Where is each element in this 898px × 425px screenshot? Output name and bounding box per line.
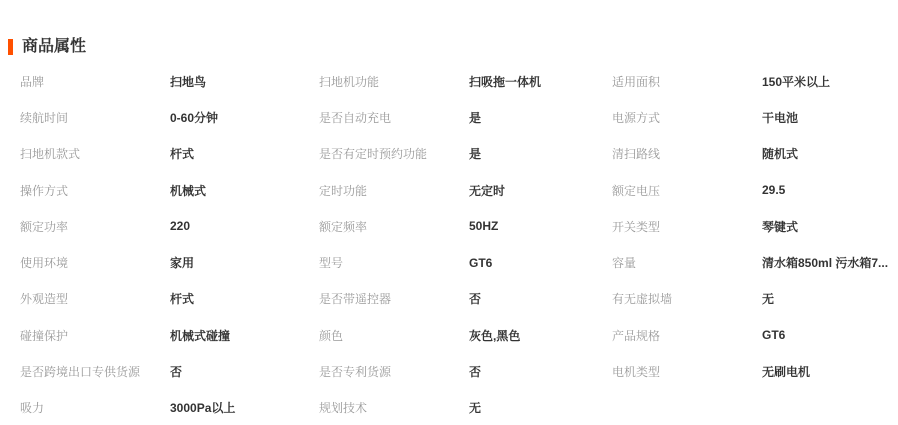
attribute-label: 吸力 — [20, 399, 170, 416]
attribute-cell: 电机类型 无刷电机 — [600, 353, 898, 389]
attribute-value: 否 — [469, 363, 600, 380]
accent-bar-icon — [8, 39, 13, 55]
attribute-value: 家用 — [170, 254, 307, 271]
attribute-cell: 规划技术 无 — [307, 390, 600, 425]
attribute-label: 是否有定时预约功能 — [319, 145, 469, 162]
attribute-cell: 额定电压 29.5 — [600, 172, 898, 208]
attribute-label: 扫地机款式 — [20, 145, 170, 162]
attribute-value: 无定时 — [469, 182, 600, 199]
attribute-cell: 吸力 3000Pa以上 — [8, 390, 307, 425]
attribute-value: 干电池 — [762, 109, 898, 126]
attribute-cell: 是否专利货源 否 — [307, 353, 600, 389]
attribute-label: 使用环境 — [20, 254, 170, 271]
attribute-value: 扫地鸟 — [170, 73, 307, 90]
attribute-label: 续航时间 — [20, 109, 170, 126]
attribute-cell: 操作方式 机械式 — [8, 172, 307, 208]
attribute-cell: 额定功率 220 — [8, 208, 307, 244]
attribute-cell: 是否带遥控器 否 — [307, 281, 600, 317]
attribute-value: 否 — [170, 363, 307, 380]
attribute-value: 150平米以上 — [762, 73, 898, 90]
attribute-label: 有无虚拟墙 — [612, 290, 762, 307]
attribute-value: 是 — [469, 109, 600, 126]
attribute-cell: 产品规格 GT6 — [600, 317, 898, 353]
attribute-cell: 容量 清水箱850ml 污水箱7... — [600, 244, 898, 280]
attribute-value: GT6 — [762, 328, 898, 342]
attribute-value: 清水箱850ml 污水箱7... — [762, 254, 898, 271]
attribute-cell: 型号 GT6 — [307, 244, 600, 280]
attribute-label: 碰撞保护 — [20, 327, 170, 344]
attribute-label: 电机类型 — [612, 363, 762, 380]
attribute-value: 无刷电机 — [762, 363, 898, 380]
attribute-value: 0-60分钟 — [170, 109, 307, 126]
attribute-cell: 扫地机款式 杆式 — [8, 136, 307, 172]
attribute-cell: 是否自动充电 是 — [307, 99, 600, 135]
attribute-cell: 颜色 灰色,黑色 — [307, 317, 600, 353]
product-attributes-section: 商品属性 品牌 扫地鸟 扫地机功能 扫吸拖一体机 适用面积 150平米以上 续航… — [0, 0, 898, 425]
attribute-cell: 碰撞保护 机械式碰撞 — [8, 317, 307, 353]
attribute-value: 29.5 — [762, 183, 898, 197]
attribute-value: 220 — [170, 219, 307, 233]
attribute-label: 定时功能 — [319, 182, 469, 199]
attribute-value: 随机式 — [762, 145, 898, 162]
attribute-value: 杆式 — [170, 290, 307, 307]
attribute-value: 否 — [469, 290, 600, 307]
attribute-cell: 使用环境 家用 — [8, 244, 307, 280]
attribute-label: 外观造型 — [20, 290, 170, 307]
attribute-value: 机械式碰撞 — [170, 327, 307, 344]
attribute-cell: 品牌 扫地鸟 — [8, 63, 307, 99]
attribute-label: 额定频率 — [319, 218, 469, 235]
attribute-label: 扫地机功能 — [319, 73, 469, 90]
attribute-cell: 是否跨境出口专供货源 否 — [8, 353, 307, 389]
attribute-label: 是否跨境出口专供货源 — [20, 363, 170, 380]
attribute-label: 规划技术 — [319, 399, 469, 416]
attribute-cell-empty — [600, 390, 898, 425]
attribute-label: 电源方式 — [612, 109, 762, 126]
attribute-label: 操作方式 — [20, 182, 170, 199]
attribute-label: 额定功率 — [20, 218, 170, 235]
attribute-value: 机械式 — [170, 182, 307, 199]
attribute-value: 灰色,黑色 — [469, 327, 600, 344]
attribute-cell: 适用面积 150平米以上 — [600, 63, 898, 99]
attribute-cell: 续航时间 0-60分钟 — [8, 99, 307, 135]
attribute-label: 品牌 — [20, 73, 170, 90]
attribute-value: 琴键式 — [762, 218, 898, 235]
attribute-label: 容量 — [612, 254, 762, 271]
attribute-cell: 电源方式 干电池 — [600, 99, 898, 135]
attribute-value: 无 — [762, 290, 898, 307]
attribute-cell: 清扫路线 随机式 — [600, 136, 898, 172]
attribute-value: GT6 — [469, 256, 600, 270]
attribute-value: 3000Pa以上 — [170, 399, 307, 416]
attribute-value: 无 — [469, 399, 600, 416]
attribute-value: 是 — [469, 145, 600, 162]
attribute-label: 颜色 — [319, 327, 469, 344]
attribute-label: 适用面积 — [612, 73, 762, 90]
attribute-value: 扫吸拖一体机 — [469, 73, 600, 90]
attribute-label: 开关类型 — [612, 218, 762, 235]
attribute-value: 50HZ — [469, 219, 600, 233]
attribute-label: 产品规格 — [612, 327, 762, 344]
attribute-label: 型号 — [319, 254, 469, 271]
attribute-cell: 有无虚拟墙 无 — [600, 281, 898, 317]
attribute-cell: 额定频率 50HZ — [307, 208, 600, 244]
attribute-label: 是否带遥控器 — [319, 290, 469, 307]
section-header: 商品属性 — [8, 38, 898, 55]
attribute-cell: 外观造型 杆式 — [8, 281, 307, 317]
attribute-value: 杆式 — [170, 145, 307, 162]
attribute-cell: 扫地机功能 扫吸拖一体机 — [307, 63, 600, 99]
attribute-label: 清扫路线 — [612, 145, 762, 162]
attributes-grid: 品牌 扫地鸟 扫地机功能 扫吸拖一体机 适用面积 150平米以上 续航时间 0-… — [8, 63, 898, 425]
attribute-label: 是否专利货源 — [319, 363, 469, 380]
attribute-label: 是否自动充电 — [319, 109, 469, 126]
attribute-label: 额定电压 — [612, 182, 762, 199]
attribute-cell: 定时功能 无定时 — [307, 172, 600, 208]
section-title: 商品属性 — [22, 38, 86, 55]
attribute-cell: 是否有定时预约功能 是 — [307, 136, 600, 172]
attribute-cell: 开关类型 琴键式 — [600, 208, 898, 244]
